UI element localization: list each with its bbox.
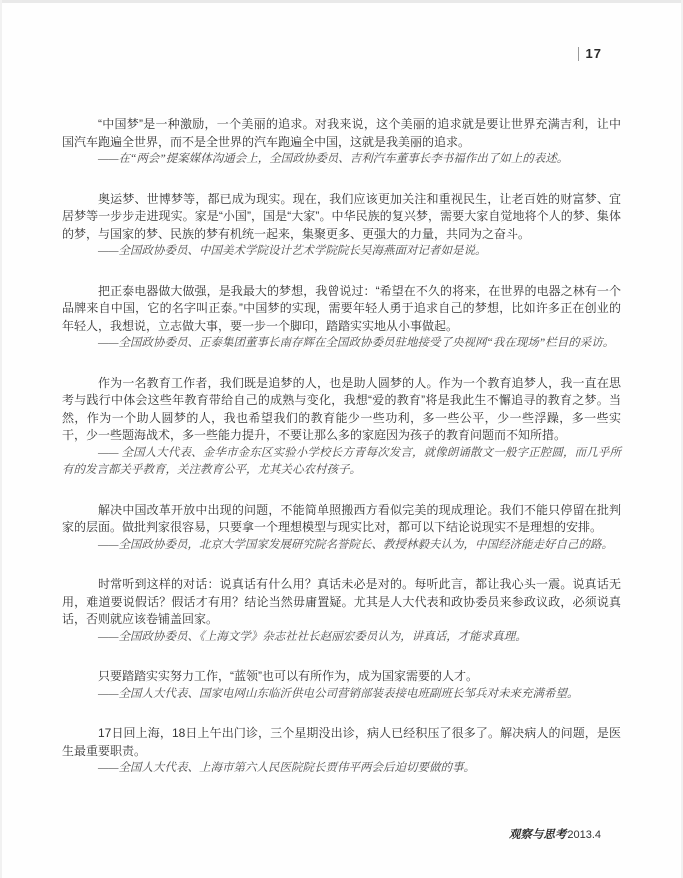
quote-attribution: —— 全国人大代表、金华市金东区实验小学校长方青每次发言，就像朗诵散文一般字正腔… [62, 445, 621, 480]
page-number-divider [578, 47, 579, 61]
quote-attribution: ——全国政协委员、正泰集团董事长南存辉在全国政协委员驻地接受了央视网“我在现场”… [62, 335, 621, 353]
quote-group: 作为一名教育工作者，我们既是追梦的人，也是助人圆梦的人。作为一个教育追梦人，我一… [62, 375, 621, 480]
magazine-footer: 观察与思考 2013.4 [509, 826, 601, 842]
quote-attribution: ——全国政协委员、中国美术学院设计艺术学院院长吴海燕面对记者如是说。 [62, 243, 621, 261]
footer-issue: 2013.4 [567, 829, 601, 841]
scan-edge-left [0, 0, 2, 878]
quote-group: 把正泰电器做大做强，是我最大的梦想，我曾说过：“希望在不久的将来，在世界的电器之… [62, 283, 621, 353]
quote-text: 时常听到这样的对话：说真话有什么用？真话未必是对的。每听此言，都让我心头一震。说… [62, 576, 621, 629]
scan-edge-top [0, 0, 683, 3]
quote-group: 时常听到这样的对话：说真话有什么用？真话未必是对的。每听此言，都让我心头一震。说… [62, 576, 621, 646]
page-number-value: 17 [586, 46, 602, 61]
magazine-logo: 观察与思考 [509, 826, 567, 842]
quote-group: 奥运梦、世博梦等，都已成为现实。现在，我们应该更加关注和重视民生，让老百姓的财富… [62, 191, 621, 261]
quote-attribution: ——全国政协委员，北京大学国家发展研究院名誉院长、教授林毅夫认为，中国经济能走好… [62, 537, 621, 555]
quote-attribution: ——全国人大代表、国家电网山东临沂供电公司营销部装表接电班副班长邹兵对未来充满希… [62, 686, 621, 704]
quote-attribution: ——全国人大代表、上海市第六人民医院院长贾伟平两会后迫切要做的事。 [62, 760, 621, 778]
quote-text: 解决中国改革开放中出现的问题，不能简单照搬西方看似完美的现成理论。我们不能只停留… [62, 502, 621, 537]
quote-text: 17日回上海，18日上午出门诊，三个星期没出诊，病人已经积压了很多了。解决病人的… [62, 725, 621, 760]
quote-text: “中国梦”是一种激励，一个美丽的追求。对我来说，这个美丽的追求就是要让世界充满吉… [62, 116, 621, 151]
quote-group: 17日回上海，18日上午出门诊，三个星期没出诊，病人已经积压了很多了。解决病人的… [62, 725, 621, 778]
page-number: 17 [578, 46, 602, 61]
quote-text: 只要踏踏实实努力工作，“蓝领”也可以有所作为，成为国家需要的人才。 [62, 668, 621, 686]
quote-text: 把正泰电器做大做强，是我最大的梦想，我曾说过：“希望在不久的将来，在世界的电器之… [62, 283, 621, 336]
quote-text: 奥运梦、世博梦等，都已成为现实。现在，我们应该更加关注和重视民生，让老百姓的财富… [62, 191, 621, 244]
magazine-page: 17 “中国梦”是一种激励，一个美丽的追求。对我来说，这个美丽的追求就是要让世界… [0, 0, 683, 878]
quote-group: 只要踏踏实实努力工作，“蓝领”也可以有所作为，成为国家需要的人才。 ——全国人大… [62, 668, 621, 703]
quotes-column: “中国梦”是一种激励，一个美丽的追求。对我来说，这个美丽的追求就是要让世界充满吉… [62, 116, 621, 800]
quote-group: 解决中国改革开放中出现的问题，不能简单照搬西方看似完美的现成理论。我们不能只停留… [62, 502, 621, 555]
quote-group: “中国梦”是一种激励，一个美丽的追求。对我来说，这个美丽的追求就是要让世界充满吉… [62, 116, 621, 169]
quote-attribution: ——在“两会”提案媒体沟通会上，全国政协委员、吉利汽车董事长李书福作出了如上的表… [62, 151, 621, 169]
quote-text: 作为一名教育工作者，我们既是追梦的人，也是助人圆梦的人。作为一个教育追梦人，我一… [62, 375, 621, 445]
quote-attribution: ——全国政协委员、《上海文学》杂志社社长赵丽宏委员认为，讲真话，才能求真理。 [62, 629, 621, 647]
